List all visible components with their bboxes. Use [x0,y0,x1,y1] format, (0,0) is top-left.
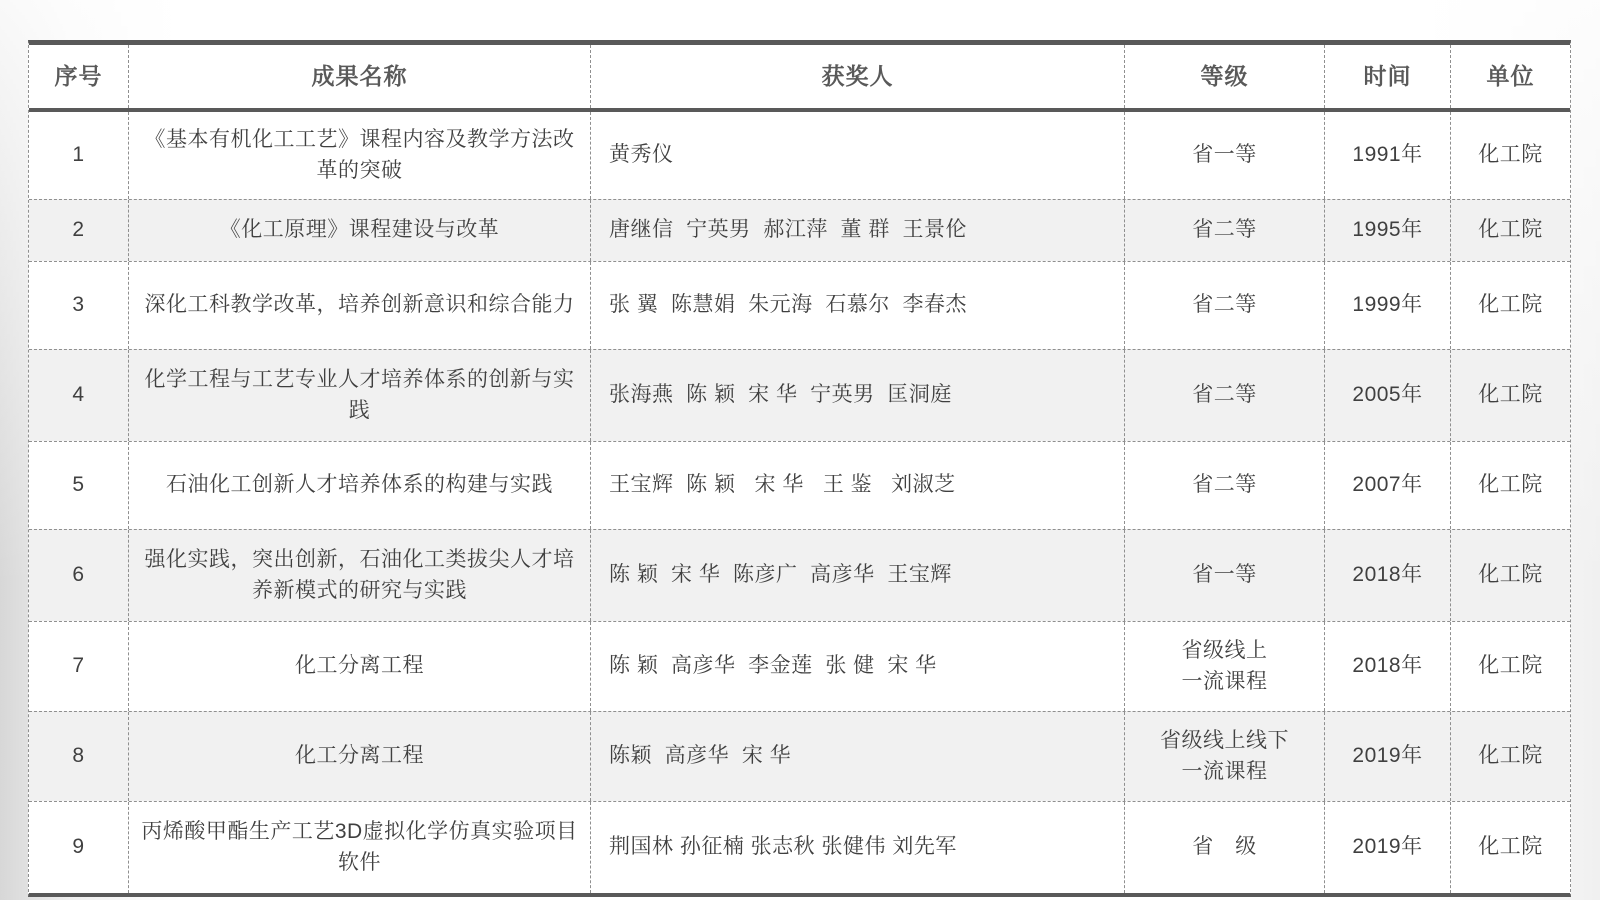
cell-year: 1991年 [1324,112,1450,199]
column-header-unit: 单位 [1450,45,1570,108]
cell-year: 2005年 [1324,350,1450,441]
cell-unit: 化工院 [1450,262,1570,349]
cell-name: 石油化工创新人才培养体系的构建与实践 [128,442,590,529]
table-row: 2 《化工原理》课程建设与改革 唐继信 宁英男 郝江萍 董 群 王景伦 省二等 … [29,199,1570,261]
cell-year: 2018年 [1324,530,1450,621]
cell-name: 《化工原理》课程建设与改革 [128,200,590,261]
cell-year: 2019年 [1324,712,1450,801]
cell-index: 9 [29,802,128,893]
cell-winners: 唐继信 宁英男 郝江萍 董 群 王景伦 [590,200,1124,261]
cell-unit: 化工院 [1450,442,1570,529]
table-row: 3 深化工科教学改革，培养创新意识和综合能力 张 翼 陈慧娟 朱元海 石慕尔 李… [29,261,1570,349]
cell-unit: 化工院 [1450,530,1570,621]
cell-name: 化工分离工程 [128,622,590,711]
cell-winners: 陈 颖 宋 华 陈彦广 高彦华 王宝辉 [590,530,1124,621]
cell-index: 8 [29,712,128,801]
cell-year: 2018年 [1324,622,1450,711]
cell-index: 2 [29,200,128,261]
cell-name: 化学工程与工艺专业人才培养体系的创新与实践 [128,350,590,441]
cell-winners: 张海燕 陈 颖 宋 华 宁英男 匡洞庭 [590,350,1124,441]
cell-year: 1999年 [1324,262,1450,349]
cell-index: 7 [29,622,128,711]
column-header-index: 序号 [29,45,128,108]
cell-index: 6 [29,530,128,621]
cell-name: 强化实践，突出创新，石油化工类拔尖人才培养新模式的研究与实践 [128,530,590,621]
column-header-name: 成果名称 [128,45,590,108]
cell-unit: 化工院 [1450,112,1570,199]
cell-level: 省级线上 一流课程 [1124,622,1324,711]
cell-level: 省二等 [1124,442,1324,529]
cell-unit: 化工院 [1450,200,1570,261]
cell-level: 省二等 [1124,350,1324,441]
awards-table: 序号 成果名称 获奖人 等级 时间 单位 1 《基本有机化工工艺》课程内容及教学… [28,40,1571,897]
cell-unit: 化工院 [1450,350,1570,441]
table-row: 6 强化实践，突出创新，石油化工类拔尖人才培养新模式的研究与实践 陈 颖 宋 华… [29,529,1570,621]
table-row: 9 丙烯酸甲酯生产工艺3D虚拟化学仿真实验项目软件 荆国林 孙征楠 张志秋 张健… [29,801,1570,893]
cell-name: 《基本有机化工工艺》课程内容及教学方法改革的突破 [128,112,590,199]
cell-index: 1 [29,112,128,199]
cell-name: 化工分离工程 [128,712,590,801]
cell-level: 省二等 [1124,200,1324,261]
cell-name: 丙烯酸甲酯生产工艺3D虚拟化学仿真实验项目软件 [128,802,590,893]
cell-winners: 张 翼 陈慧娟 朱元海 石慕尔 李春杰 [590,262,1124,349]
column-header-year: 时间 [1324,45,1450,108]
cell-unit: 化工院 [1450,712,1570,801]
cell-index: 5 [29,442,128,529]
cell-level: 省一等 [1124,112,1324,199]
table-row: 4 化学工程与工艺专业人才培养体系的创新与实践 张海燕 陈 颖 宋 华 宁英男 … [29,349,1570,441]
cell-level: 省一等 [1124,530,1324,621]
table-row: 7 化工分离工程 陈 颖 高彦华 李金莲 张 健 宋 华 省级线上 一流课程 2… [29,621,1570,711]
column-header-winners: 获奖人 [590,45,1124,108]
cell-winners: 王宝辉 陈 颖 宋 华 王 鉴 刘淑芝 [590,442,1124,529]
cell-index: 4 [29,350,128,441]
cell-winners: 陈 颖 高彦华 李金莲 张 健 宋 华 [590,622,1124,711]
table-row: 1 《基本有机化工工艺》课程内容及教学方法改革的突破 黄秀仪 省一等 1991年… [29,108,1570,199]
cell-year: 1995年 [1324,200,1450,261]
cell-winners: 黄秀仪 [590,112,1124,199]
table-header-row: 序号 成果名称 获奖人 等级 时间 单位 [29,45,1570,108]
cell-index: 3 [29,262,128,349]
cell-year: 2019年 [1324,802,1450,893]
table-row: 5 石油化工创新人才培养体系的构建与实践 王宝辉 陈 颖 宋 华 王 鉴 刘淑芝… [29,441,1570,529]
cell-name: 深化工科教学改革，培养创新意识和综合能力 [128,262,590,349]
cell-unit: 化工院 [1450,622,1570,711]
cell-level: 省 级 [1124,802,1324,893]
cell-winners: 荆国林 孙征楠 张志秋 张健伟 刘先军 [590,802,1124,893]
cell-level: 省二等 [1124,262,1324,349]
cell-level: 省级线上线下 一流课程 [1124,712,1324,801]
cell-winners: 陈颖 高彦华 宋 华 [590,712,1124,801]
cell-year: 2007年 [1324,442,1450,529]
column-header-level: 等级 [1124,45,1324,108]
cell-unit: 化工院 [1450,802,1570,893]
table-row: 8 化工分离工程 陈颖 高彦华 宋 华 省级线上线下 一流课程 2019年 化工… [29,711,1570,801]
